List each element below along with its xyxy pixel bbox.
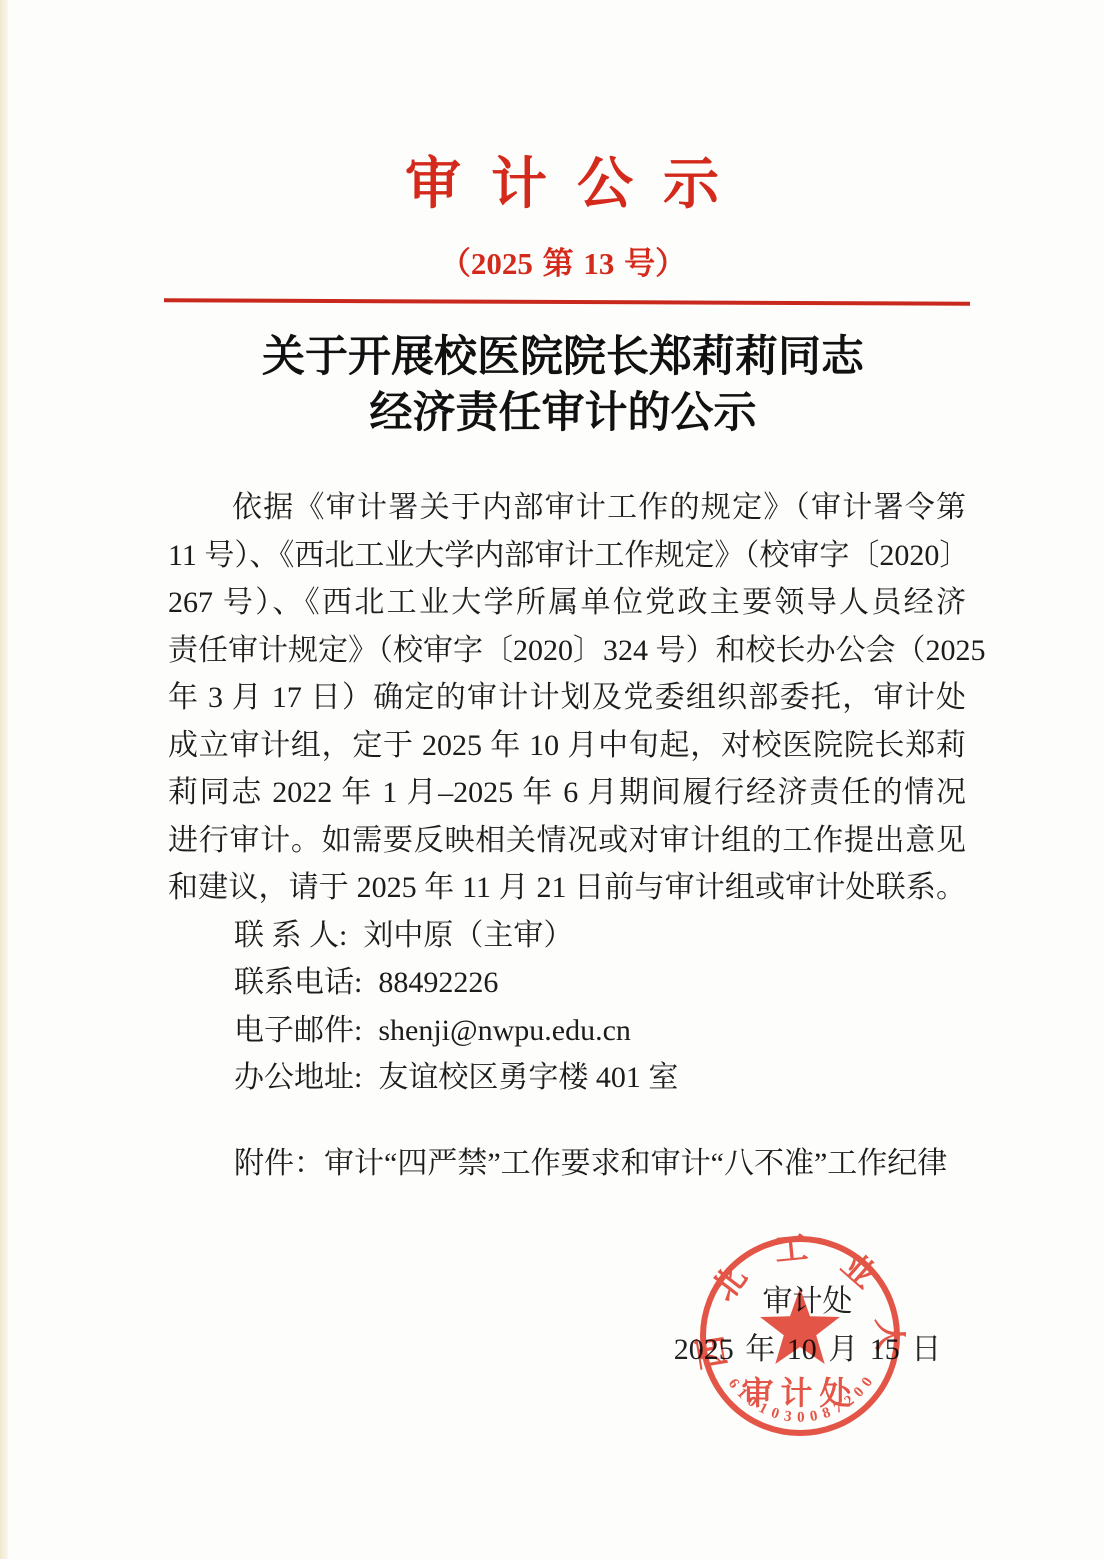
- document-page: 审 计 公 示 （2025 第 13 号） 关于开展校医院院长郑莉莉同志 经济责…: [0, 0, 1104, 1559]
- document-title-line1: 关于开展校医院院长郑莉莉同志: [160, 330, 966, 386]
- contact-phone-label: 联系电话:: [234, 959, 362, 1007]
- document-title: 关于开展校医院院长郑莉莉同志 经济责任审计的公示: [160, 330, 966, 442]
- official-seal-stamp: 西北工业大学 审计处 6101030087200: [694, 1230, 906, 1442]
- body-line: 11 号）、《西北工业大学内部审计工作规定》（校审字〔2020〕: [168, 532, 966, 580]
- masthead: 审 计 公 示 （2025 第 13 号）: [160, 152, 966, 283]
- contact-address-label: 办公地址:: [234, 1054, 362, 1102]
- masthead-title: 审 计 公 示: [160, 152, 966, 219]
- body-line: 和建议，请于 2025 年 11 月 21 日前与审计组或审计处联系。: [168, 864, 966, 912]
- contact-address-row: 办公地址: 友谊校区勇字楼 401 室: [168, 1054, 966, 1102]
- issue-number: （2025 第 13 号）: [160, 245, 966, 283]
- contact-address-value: 友谊校区勇字楼 401 室: [378, 1054, 678, 1102]
- body-line: 责任审计规定》（校审字〔2020〕324 号）和校长办公会（2025: [168, 627, 966, 675]
- contact-person-value: 刘中原（主审）: [363, 912, 573, 960]
- contact-person-row: 联 系 人: 刘中原（主审）: [168, 912, 966, 960]
- red-divider-rule: [164, 298, 970, 306]
- contact-email-row: 电子邮件: shenji@nwpu.edu.cn: [168, 1007, 966, 1055]
- contact-email-value: shenji@nwpu.edu.cn: [378, 1007, 631, 1055]
- contact-email-label: 电子邮件:: [234, 1007, 362, 1055]
- body-line: 莉同志 2022 年 1 月–2025 年 6 月期间履行经济责任的情况: [168, 769, 966, 817]
- contact-phone-value: 88492226: [378, 959, 498, 1007]
- seal-star-icon: [760, 1288, 840, 1364]
- contact-phone-row: 联系电话: 88492226: [168, 959, 966, 1007]
- body-line: 依据《审计署关于内部审计工作的规定》（审计署令第: [168, 484, 966, 532]
- body-text: 依据《审计署关于内部审计工作的规定》（审计署令第 11 号）、《西北工业大学内部…: [168, 484, 966, 1187]
- body-line: 成立审计组，定于 2025 年 10 月中旬起，对校医院院长郑莉: [168, 722, 966, 770]
- body-line: 年 3 月 17 日）确定的审计计划及党委组织部委托，审计处: [168, 674, 966, 722]
- body-line: 进行审计。如需要反映相关情况或对审计组的工作提出意见: [168, 817, 966, 865]
- document-title-line2: 经济责任审计的公示: [160, 386, 966, 442]
- contact-person-label: 联 系 人:: [234, 912, 347, 960]
- attachment-note: 附件：审计“四严禁”工作要求和审计“八不准”工作纪律: [168, 1140, 966, 1188]
- body-line: 267 号）、《西北工业大学所属单位党政主要领导人员经济: [168, 579, 966, 627]
- scan-edge: [0, 0, 8, 1559]
